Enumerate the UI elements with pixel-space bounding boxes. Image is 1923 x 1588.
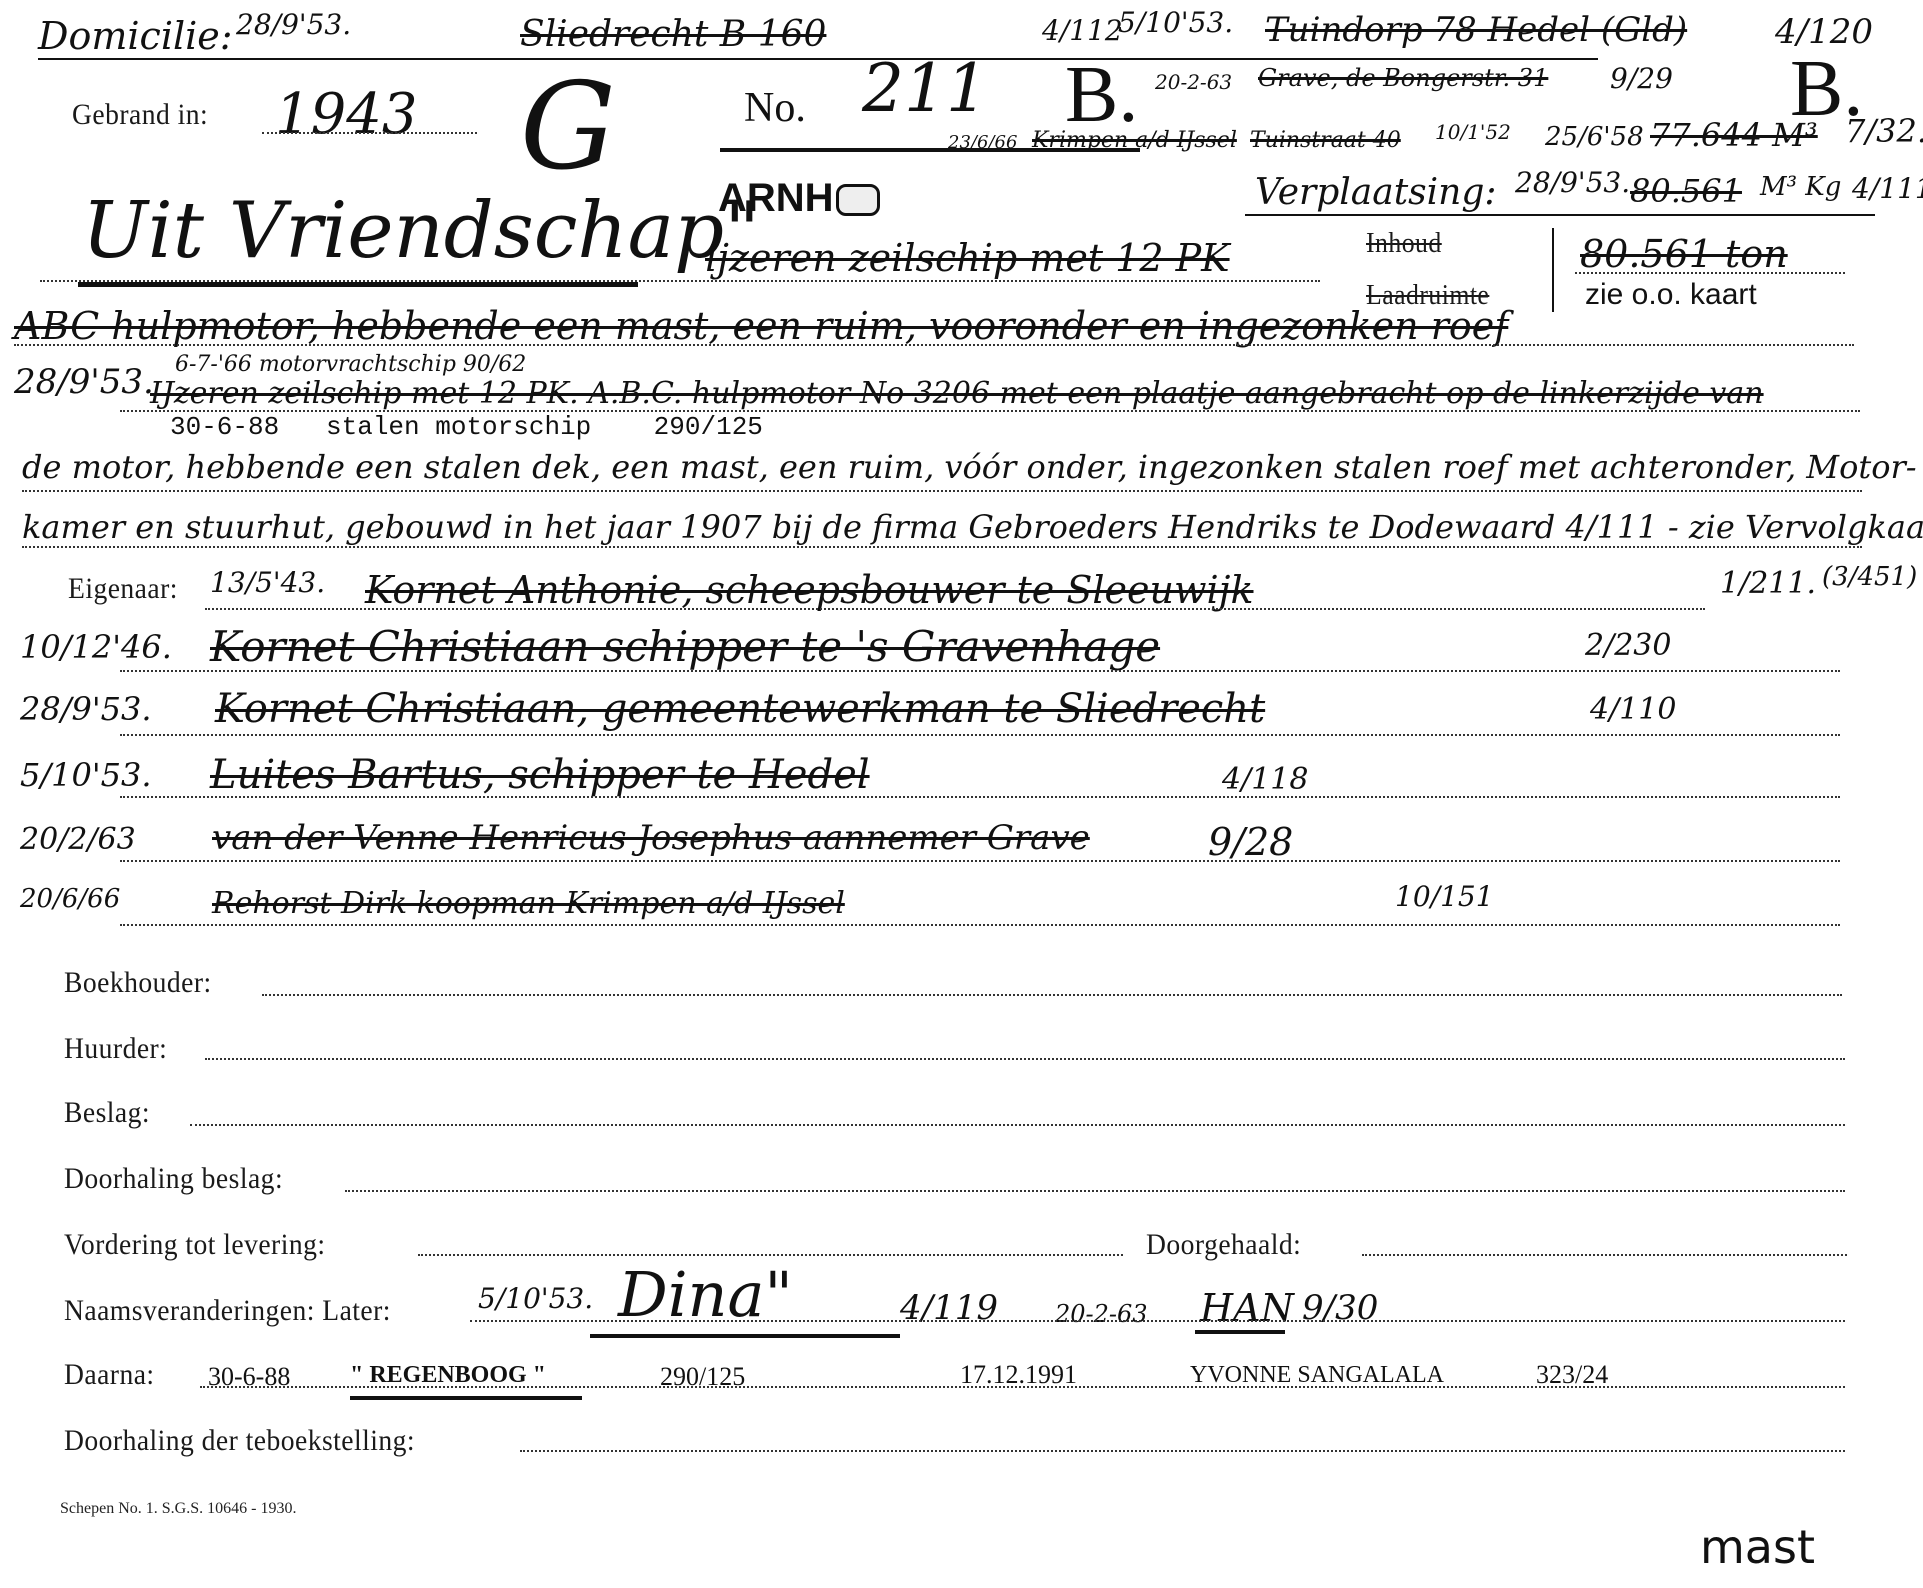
naamsveranderingen-field[interactable] (470, 1320, 1845, 1322)
verplaatsing-label: Verplaatsing: (1255, 172, 1497, 213)
domicile-place-2: Tuindorp 78 Hedel (Gld) (1265, 10, 1687, 50)
inhoud-note: zie o.o. kaart (1585, 278, 1757, 312)
margin-note: mast (1700, 1520, 1815, 1574)
owner-row-rule (120, 860, 1840, 862)
huurder-label: Huurder: (64, 1032, 167, 1066)
doorhaling-teboek-field[interactable] (520, 1450, 1845, 1452)
vordering-field[interactable] (418, 1254, 1123, 1256)
owner-date: 5/10'53. (20, 756, 152, 794)
daarna-name: " REGENBOOG " (350, 1362, 546, 1389)
verplaatsing-ref: 4/111 (1852, 172, 1923, 205)
domicile-date-5: 10/1'52 (1435, 120, 1511, 144)
number-value: 211 (862, 50, 988, 127)
domicile-date-2: 5/10'53. (1118, 6, 1233, 39)
doorhaling-beslag-field[interactable] (345, 1190, 1845, 1192)
description-line-1-rule (14, 344, 1854, 346)
description-line-1: ABC hulpmotor, hebbende een mast, een ru… (14, 304, 1508, 348)
owner-ref: 2/230 (1585, 628, 1671, 663)
doorgehaald-label: Doorgehaald: (1146, 1228, 1301, 1262)
owner-name: Kornet Christiaan schipper te 's Gravenh… (210, 622, 1160, 671)
owner-name: Kornet Anthonie, scheepsbouwer te Sleeuw… (365, 568, 1254, 612)
naam-underline (590, 1334, 900, 1338)
owner-name: Rehorst Dirk koopman Krimpen a/d IJssel (212, 886, 845, 921)
naam-date: 5/10'53. (478, 1282, 593, 1315)
owner-date: 10/12'46. (20, 628, 172, 666)
domicile-ref-3: 9/29 (1610, 62, 1673, 95)
beslag-field[interactable] (190, 1124, 1845, 1126)
doorhaling-teboek-label: Doorhaling der teboekstelling: (64, 1424, 415, 1458)
description-note-above: 6-7-'66 motorvrachtschip 90/62 (175, 352, 526, 377)
description-line-4: kamer en stuurhut, gebouwd in het jaar 1… (22, 508, 1923, 546)
gebrand-label: Gebrand in: (72, 98, 208, 132)
owner-name: Luites Bartus, schipper te Hedel (210, 752, 870, 798)
description-typed: 30-6-88 stalen motorschip 290/125 (170, 412, 763, 442)
verplaatsing-value: 80.561 (1630, 172, 1742, 210)
owner-date: 13/5'43. (210, 566, 325, 599)
domicile-ref-5: 7/32. (1845, 112, 1923, 150)
domicile-label: Domicilie: (38, 14, 233, 58)
owner-ref-2: (3/451) (1822, 562, 1917, 592)
domicile-place-3: Grave, de Bongerstr. 31 (1258, 64, 1548, 92)
naam-ref-2: 9/30 (1302, 1288, 1378, 1328)
owner-date: 20/6/66 (20, 884, 120, 914)
domicile-date-3: 20-2-63 (1155, 70, 1232, 94)
domicile-date-6: 25/6'58 (1545, 122, 1644, 152)
description-line-3-rule (22, 490, 1862, 492)
ship-name-line (40, 280, 1320, 282)
owner-name: van der Venne Henricus Josephus aannemer… (212, 818, 1090, 858)
doorgehaald-field[interactable] (1362, 1254, 1847, 1256)
owner-label: Eigenaar: (68, 572, 178, 606)
owner-date: 20/2/63 (20, 822, 136, 857)
boekhouder-label: Boekhouder: (64, 966, 212, 1000)
doorhaling-beslag-label: Doorhaling beslag: (64, 1162, 283, 1196)
owner-row-rule (120, 734, 1840, 736)
number-label: No. (744, 84, 806, 132)
domicile-place-1: Sliedrecht B 160 (520, 14, 826, 55)
beslag-label: Beslag: (64, 1096, 150, 1130)
description-line-2: IJzeren zeilschip met 12 PK. A.B.C. hulp… (150, 376, 1764, 411)
domicile-ref-4: 77.644 M³ (1650, 116, 1818, 154)
naam-value-2: HAN (1200, 1286, 1294, 1330)
domicile-underline (38, 58, 1598, 60)
huurder-field[interactable] (205, 1058, 1845, 1060)
description-line-3: de motor, hebbende een stalen dek, een m… (22, 448, 1917, 486)
domicile-date-4: 23/6/66 (948, 132, 1017, 153)
naam-date-2: 20-2-63 (1055, 1300, 1148, 1328)
owner-ref: 1/211. (1720, 566, 1816, 601)
naamsveranderingen-label: Naamsveranderingen: Later: (64, 1294, 391, 1328)
daarna-label: Daarna: (64, 1358, 155, 1392)
domicile-date-1: 28/9'53. (236, 8, 351, 41)
owner-row-rule (120, 796, 1840, 798)
domicile-ref-1: 4/112 (1042, 14, 1123, 47)
inhoud-brace (1552, 228, 1554, 312)
domicile-place-5: Tuinstraat 40 (1250, 128, 1401, 153)
daarna-field[interactable] (200, 1386, 1845, 1388)
stamp-box (836, 184, 880, 216)
boekhouder-field[interactable] (262, 994, 1842, 996)
naam-ref: 4/119 (900, 1288, 998, 1328)
daarna-name-underline (350, 1396, 582, 1400)
owner-ref: 4/118 (1222, 762, 1308, 797)
naam-value-2-underline (1195, 1330, 1285, 1334)
domicile-place-4: Krimpen a/d IJssel (1032, 128, 1237, 153)
verplaatsing-unit: M³ Kg (1760, 172, 1841, 202)
gebrand-mark: G (520, 58, 616, 197)
owner-ref: 10/151 (1395, 880, 1494, 913)
verplaatsing-underline (1245, 214, 1875, 216)
owner-date: 28/9'53. (20, 690, 152, 728)
ship-type: ijzeren zeilschip met 12 PK (705, 236, 1230, 280)
gebrand-year: 1943 (275, 82, 418, 147)
description-line-4-rule (22, 546, 1862, 548)
ship-name-underline (78, 282, 638, 287)
owner-row-rule (205, 608, 1705, 610)
registration-card: Domicilie: 28/9'53. Sliedrecht B 160 4/1… (0, 0, 1923, 1588)
verplaatsing-date: 28/9'53. (1515, 166, 1630, 199)
inhoud-line (1575, 272, 1845, 274)
description-prefix-2: 28/9'53. (14, 362, 154, 402)
form-footer: Schepen No. 1. S.G.S. 10646 - 1930. (60, 1500, 296, 1518)
owner-row-rule (120, 670, 1840, 672)
owner-ref: 9/28 (1208, 820, 1293, 864)
owner-row-rule (120, 924, 1840, 926)
gebrand-line (262, 132, 477, 134)
inhoud-label: Inhoud (1366, 228, 1442, 260)
inhoud-value: 80.561 ton (1580, 232, 1788, 276)
vordering-label: Vordering tot levering: (64, 1228, 325, 1262)
owner-ref: 4/110 (1590, 692, 1676, 727)
ship-name: Uit Vriendschap" (82, 186, 760, 276)
owner-name: Kornet Christiaan, gemeentewerkman te Sl… (215, 686, 1265, 732)
daarna-owner: YVONNE SANGALALA (1190, 1362, 1444, 1389)
